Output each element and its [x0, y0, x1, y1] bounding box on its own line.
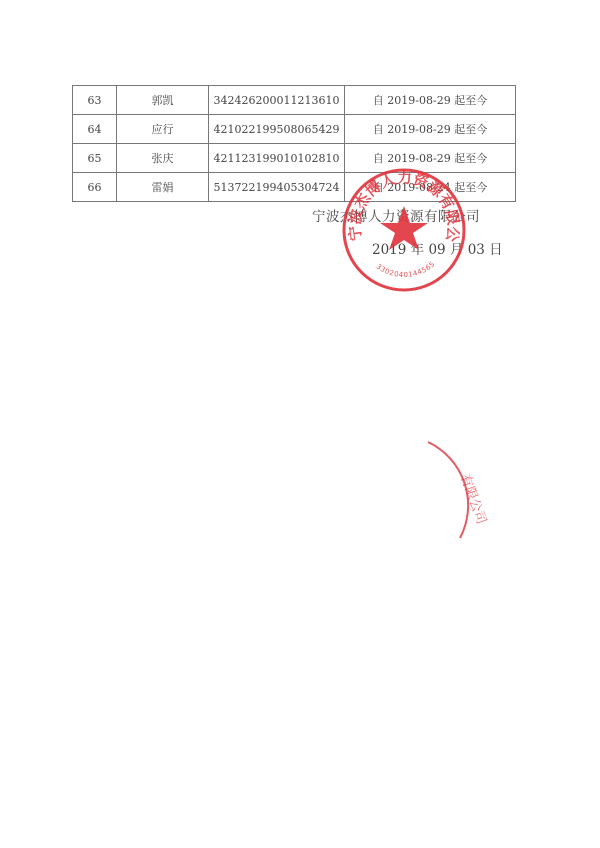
employment-period: 自 2019-08-24 起至今 — [345, 173, 516, 202]
id-number: 421123199010102810 — [209, 144, 345, 173]
row-number: 64 — [73, 115, 117, 144]
table-row: 64 应行 421022199508065429 自 2019-08-29 起至… — [73, 115, 516, 144]
table-row: 65 张庆 421123199010102810 自 2019-08-29 起至… — [73, 144, 516, 173]
svg-text:3302040144565: 3302040144565 — [375, 260, 437, 279]
row-number: 66 — [73, 173, 117, 202]
employment-period: 自 2019-08-29 起至今 — [345, 144, 516, 173]
table-row: 66 雷娟 513722199405304724 自 2019-08-24 起至… — [73, 173, 516, 202]
row-number: 65 — [73, 144, 117, 173]
employee-table: 63 郭凯 342426200011213610 自 2019-08-29 起至… — [72, 85, 516, 202]
signature-date: 2019 年 09 月 03 日 — [372, 238, 503, 258]
id-number: 421022199508065429 — [209, 115, 345, 144]
id-number: 342426200011213610 — [209, 86, 345, 115]
employee-name: 张庆 — [117, 144, 209, 173]
employment-period: 自 2019-08-29 起至今 — [345, 115, 516, 144]
employment-period: 自 2019-08-29 起至今 — [345, 86, 516, 115]
row-number: 63 — [73, 86, 117, 115]
company-signature: 宁波杰博人力资源有限公司 — [312, 205, 480, 225]
partial-seal-text: 有限公司 — [457, 472, 489, 526]
partial-seal-icon: 有限公司 — [420, 440, 490, 540]
employee-name: 应行 — [117, 115, 209, 144]
table-row: 63 郭凯 342426200011213610 自 2019-08-29 起至… — [73, 86, 516, 115]
employee-name: 雷娟 — [117, 173, 209, 202]
id-number: 513722199405304724 — [209, 173, 345, 202]
employee-name: 郭凯 — [117, 86, 209, 115]
seal-number: 3302040144565 — [375, 260, 437, 279]
